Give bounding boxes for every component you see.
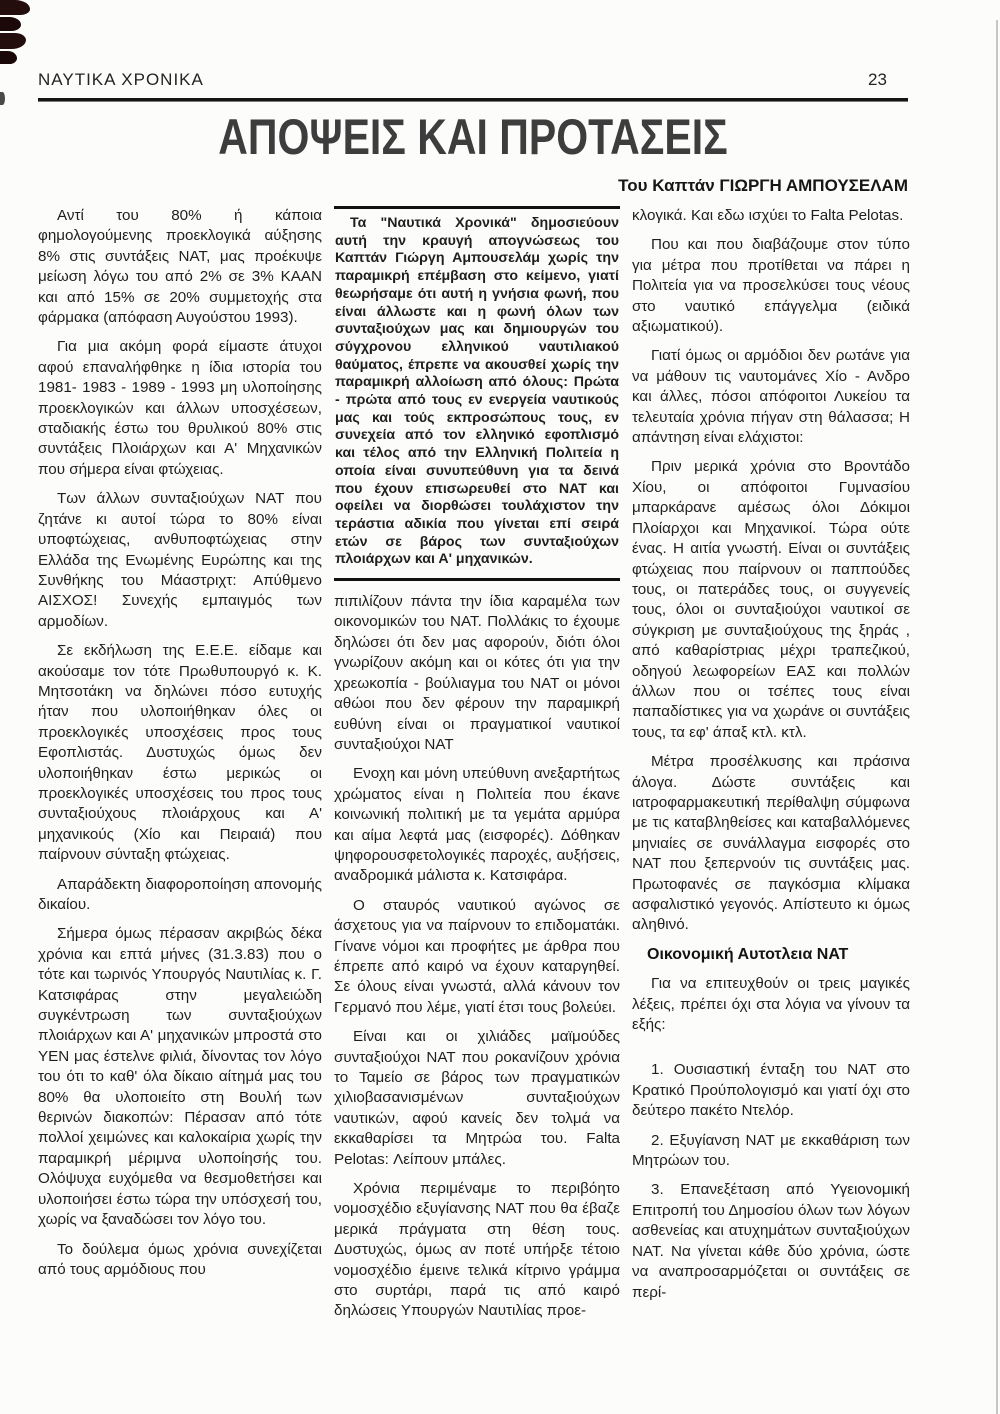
paragraph: Ενοχη και μόνη υπεύθυνη ανεξαρτήτως χρώμ… [334, 764, 620, 886]
paragraph: Αντί του 80% ή κάποια φημολογούμενης προ… [38, 206, 322, 328]
ink-blob-artifact [0, 33, 26, 49]
paragraph: Για μια ακόμη φορά είμαστε άτυχοι αφού ε… [38, 337, 322, 480]
header-rule [38, 98, 908, 102]
paragraph: Γιατί όμως οι αρμόδιοι δεν ρωτάνε για να… [632, 346, 910, 448]
list-item: 1. Ουσιαστική ένταξη του ΝΑΤ στο Κρατικό… [632, 1060, 910, 1121]
paragraph: Πριν μερικά χρόνια στο Βροντάδο Χίου, οι… [632, 457, 910, 743]
publication-name: ΝΑΥΤΙΚΑ ΧΡΟΝΙΚΑ [38, 70, 204, 90]
article-title: ΑΠΟΨΕΙΣ ΚΑΙ ΠΡΟΤΑΣΕΙΣ [116, 108, 829, 166]
paragraph: Είναι και οι χιλιάδες μαϊμούδες συνταξιο… [334, 1027, 620, 1170]
paragraph: Απαράδεκτη διαφοροποίηση απονομής δικαίο… [38, 875, 322, 916]
magazine-page: ΝΑΥΤΙΚΑ ΧΡΟΝΙΚΑ 23 ΑΠΟΨΕΙΣ ΚΑΙ ΠΡΟΤΑΣΕΙΣ… [0, 0, 1000, 1414]
paragraph: Χρόνια περιμέναμε το περιβόητο νομοσχέδι… [334, 1179, 620, 1322]
editor-note-box: Τα "Ναυτικά Χρονικά" δημοσιεύουν αυτή τη… [334, 206, 620, 581]
ink-blob-artifact [0, 17, 21, 31]
ink-blob-artifact [0, 92, 5, 105]
ink-blob-artifact [0, 51, 17, 64]
section-heading: Οικονομική Αυτοτλεια ΝΑΤ [632, 945, 910, 965]
paragraph: Το δούλεμα όμως χρόνια συνεχίζεται από τ… [38, 1240, 322, 1281]
paragraph: Μέτρα προσέλκυσης και πράσινα άλογα. Δώσ… [632, 752, 910, 936]
paragraph: Για να επιτευχθούν οι τρεις μαγικές λέξε… [632, 974, 910, 1035]
paragraph: Που και που διαβάζουμε στον τύπο για μέτ… [632, 235, 910, 337]
list-item: 2. Εξυγίανση ΝΑΤ με εκκαθάριση των Μητρώ… [632, 1131, 910, 1172]
column-3: κλογικά. Και εδω ισχύει το Falta Pelotas… [632, 206, 910, 1358]
column-1: Αντί του 80% ή κάποια φημολογούμενης προ… [38, 206, 322, 1358]
page-number: 23 [868, 70, 887, 90]
paragraph: Ο σταυρός ναυτικού αγώνος σε άσχετους γι… [334, 896, 620, 1018]
ink-blob-artifact [0, 0, 30, 15]
paragraph: Σήμερα όμως πέρασαν ακριβώς δέκα χρόνια … [38, 924, 322, 1230]
paragraph: πιπιλίζουν πάντα την ίδια καραμέλα των ο… [334, 592, 620, 755]
editor-note-text: Τα "Ναυτικά Χρονικά" δημοσιεύουν αυτή τη… [335, 215, 619, 569]
paragraph: Των άλλων συνταξιούχων ΝΑΤ που ζητάνε κι… [38, 489, 322, 632]
scan-edge-line [996, 20, 998, 1414]
column-2: Τα "Ναυτικά Χρονικά" δημοσιεύουν αυτή τη… [334, 206, 620, 1358]
list-item: 3. Επανεξέταση από Υγειονομική Επιτροπή … [632, 1180, 910, 1302]
paragraph: κλογικά. Και εδω ισχύει το Falta Pelotas… [632, 206, 910, 226]
byline: Του Καπτάν ΓΙΩΡΓΗ ΑΜΠΟΥΣΕΛΑΜ [38, 176, 908, 196]
paragraph: Σε εκδήλωση της Ε.Ε.Ε. είδαμε και ακούσα… [38, 641, 322, 865]
